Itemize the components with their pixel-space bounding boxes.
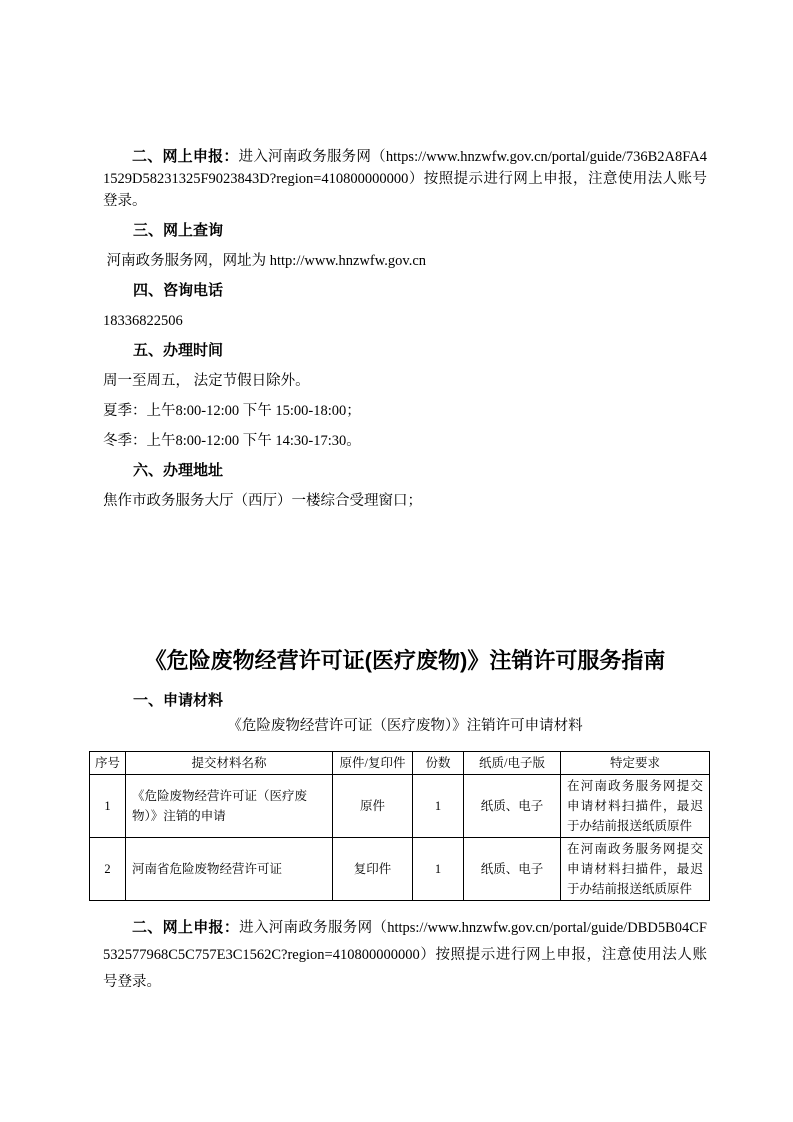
cell-specific-requirements: 在河南政务服务网提交申请材料扫描件，最迟于办结前报送纸质原件: [561, 838, 710, 901]
cell-specific-requirements: 在河南政务服务网提交申请材料扫描件，最迟于办结前报送纸质原件: [561, 775, 710, 838]
heading-office-hours: 五、办理时间: [103, 340, 707, 362]
cell-count: 1: [413, 838, 464, 901]
online-query-text: 河南政务服务网，网址为 http://www.hnzwfw.gov.cn: [103, 250, 707, 272]
cell-original-or-copy: 原件: [333, 775, 413, 838]
heading-application-materials: 一、申请材料: [103, 690, 707, 712]
heading-address: 六、办理地址: [103, 460, 707, 482]
online-application-label: 二、网上申报：: [132, 148, 239, 165]
col-header-original-or-copy: 原件/复印件: [333, 752, 413, 775]
address-text: 焦作市政务服务大厅（西厅）一楼综合受理窗口；: [103, 490, 707, 512]
col-header-paper-or-electronic: 纸质/电子版: [464, 752, 561, 775]
heading-phone: 四、咨询电话: [103, 280, 707, 302]
table-row: 1 《危险废物经营许可证（医疗废物）》注销的申请 原件 1 纸质、电子 在河南政…: [90, 775, 710, 838]
col-header-material-name: 提交材料名称: [126, 752, 333, 775]
online-application-label: 二、网上申报：: [132, 919, 239, 936]
office-hours-winter: 冬季：上午8:00-12:00 下午 14:30-17:30。: [103, 430, 707, 452]
online-application-paragraph: 二、网上申报：进入河南政务服务网（https://www.hnzwfw.gov.…: [103, 914, 707, 996]
cell-paper-or-electronic: 纸质、电子: [464, 775, 561, 838]
office-hours-weekdays: 周一至周五， 法定节假日除外。: [103, 370, 707, 392]
phone-number: 18336822506: [103, 310, 707, 332]
col-header-count: 份数: [413, 752, 464, 775]
cell-original-or-copy: 复印件: [333, 838, 413, 901]
col-header-index: 序号: [90, 752, 126, 775]
table-row: 2 河南省危险废物经营许可证 复印件 1 纸质、电子 在河南政务服务网提交申请材…: [90, 838, 710, 901]
cell-index: 1: [90, 775, 126, 838]
guide-title: 《危险废物经营许可证(医疗废物)》注销许可服务指南: [103, 645, 707, 677]
cell-index: 2: [90, 838, 126, 901]
cell-material-name: 河南省危险废物经营许可证: [126, 838, 333, 901]
document-content: 二、网上申报：进入河南政务服务网（https://www.hnzwfw.gov.…: [0, 0, 793, 996]
cell-count: 1: [413, 775, 464, 838]
materials-table-caption: 《危险废物经营许可证（医疗废物）》注销许可申请材料: [103, 715, 707, 737]
materials-table-header-row: 序号 提交材料名称 原件/复印件 份数 纸质/电子版 特定要求: [90, 752, 710, 775]
office-hours-summer: 夏季：上午8:00-12:00 下午 15:00-18:00；: [103, 400, 707, 422]
cell-paper-or-electronic: 纸质、电子: [464, 838, 561, 901]
document-page: 二、网上申报：进入河南政务服务网（https://www.hnzwfw.gov.…: [0, 0, 793, 1122]
col-header-specific-requirements: 特定要求: [561, 752, 710, 775]
cell-material-name: 《危险废物经营许可证（医疗废物）》注销的申请: [126, 775, 333, 838]
materials-table: 序号 提交材料名称 原件/复印件 份数 纸质/电子版 特定要求 1 《危险废物经…: [89, 751, 710, 901]
heading-online-query: 三、网上查询: [103, 220, 707, 242]
online-application-paragraph: 二、网上申报：进入河南政务服务网（https://www.hnzwfw.gov.…: [103, 146, 707, 212]
